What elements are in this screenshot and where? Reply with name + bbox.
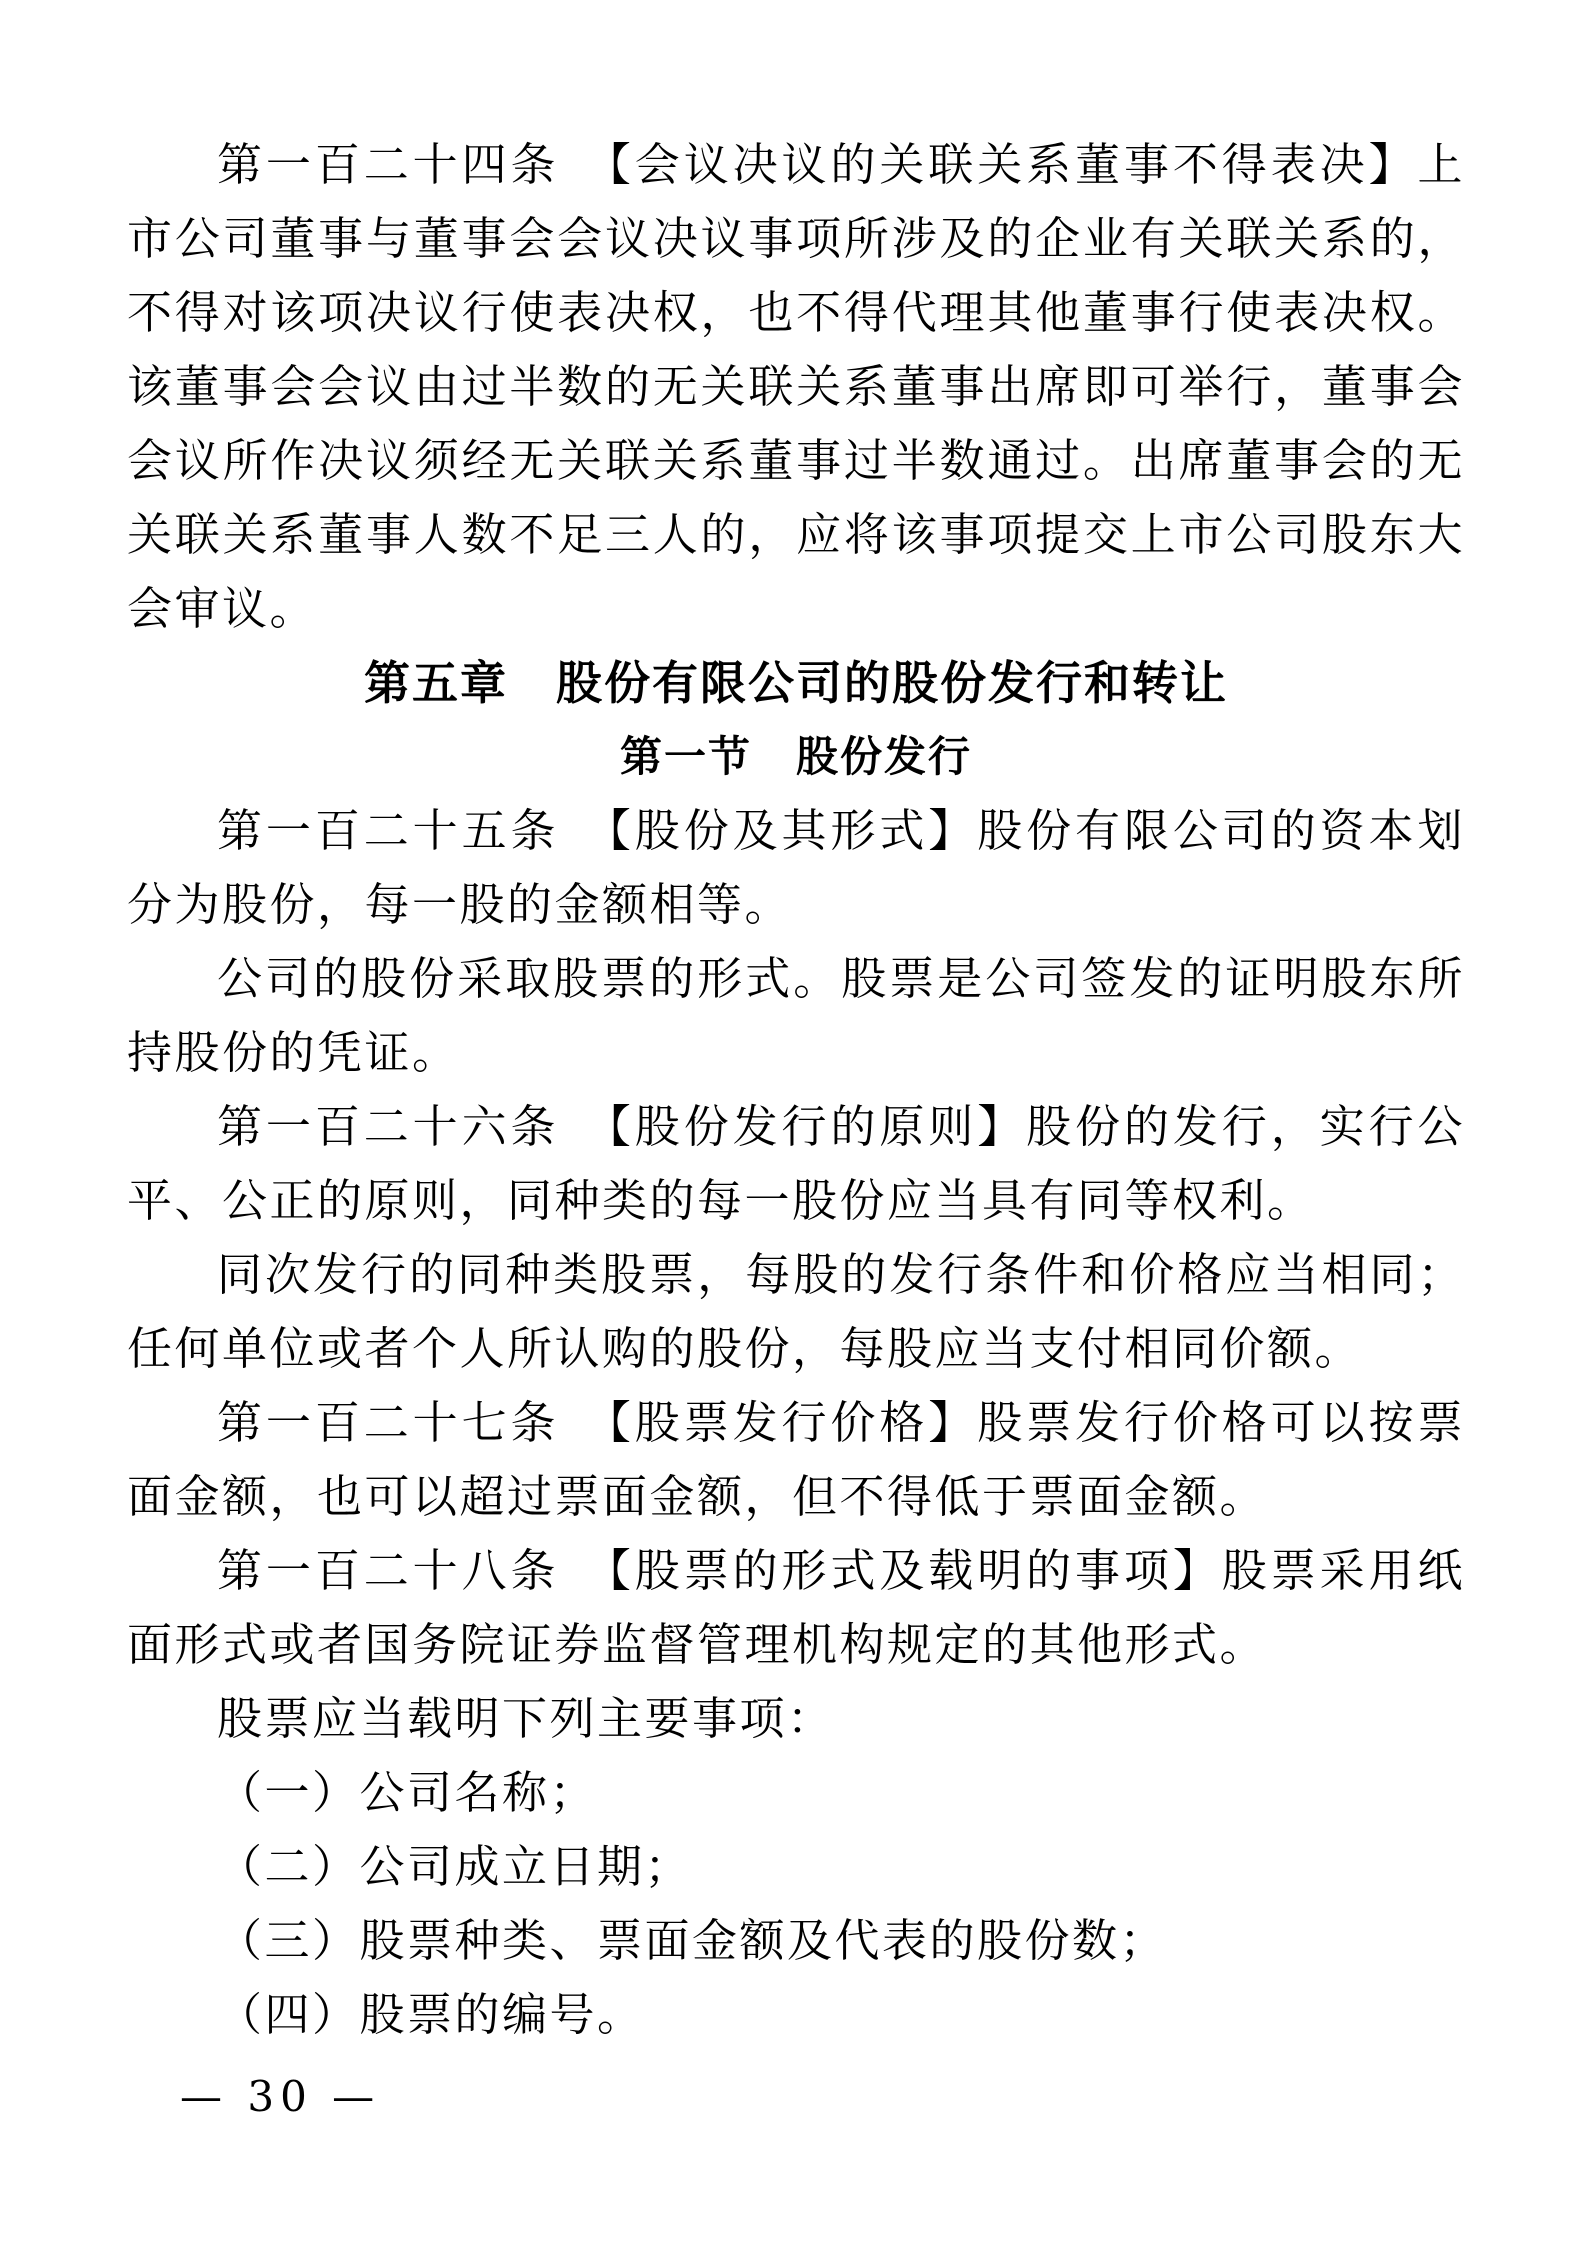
chapter-5-heading: 第五章 股份有限公司的股份发行和转让 [127, 646, 1465, 720]
list-item-3: （三）股票种类、票面金额及代表的股份数； [127, 1904, 1465, 1978]
article-127-paragraph: 第一百二十七条 【股票发行价格】股票发行价格可以按票面金额，也可以超过票面金额，… [127, 1386, 1465, 1534]
page-number: — 30 — [180, 2072, 380, 2121]
article-126-paragraph-2: 同次发行的同种类股票，每股的发行条件和价格应当相同；任何单位或者个人所认购的股份… [127, 1238, 1465, 1386]
list-item-4: （四）股票的编号。 [127, 1978, 1465, 2052]
article-128-paragraph-2: 股票应当载明下列主要事项： [127, 1682, 1465, 1756]
article-125-paragraph-1: 第一百二十五条 【股份及其形式】股份有限公司的资本划分为股份，每一股的金额相等。 [127, 794, 1465, 942]
page-footer: — 30 — [180, 2072, 380, 2122]
article-128-paragraph-1: 第一百二十八条 【股票的形式及载明的事项】股票采用纸面形式或者国务院证券监督管理… [127, 1534, 1465, 1682]
article-125-paragraph-2: 公司的股份采取股票的形式。股票是公司签发的证明股东所持股份的凭证。 [127, 942, 1465, 1090]
document-page: 第一百二十四条 【会议决议的关联关系董事不得表决】上市公司董事与董事会会议决议事… [0, 0, 1587, 2245]
list-item-1: （一）公司名称； [127, 1756, 1465, 1830]
list-item-2: （二）公司成立日期； [127, 1830, 1465, 1904]
document-content: 第一百二十四条 【会议决议的关联关系董事不得表决】上市公司董事与董事会会议决议事… [127, 128, 1465, 2052]
article-126-paragraph-1: 第一百二十六条 【股份发行的原则】股份的发行，实行公平、公正的原则，同种类的每一… [127, 1090, 1465, 1238]
section-1-heading: 第一节 股份发行 [127, 720, 1465, 794]
article-124-paragraph: 第一百二十四条 【会议决议的关联关系董事不得表决】上市公司董事与董事会会议决议事… [127, 128, 1465, 646]
